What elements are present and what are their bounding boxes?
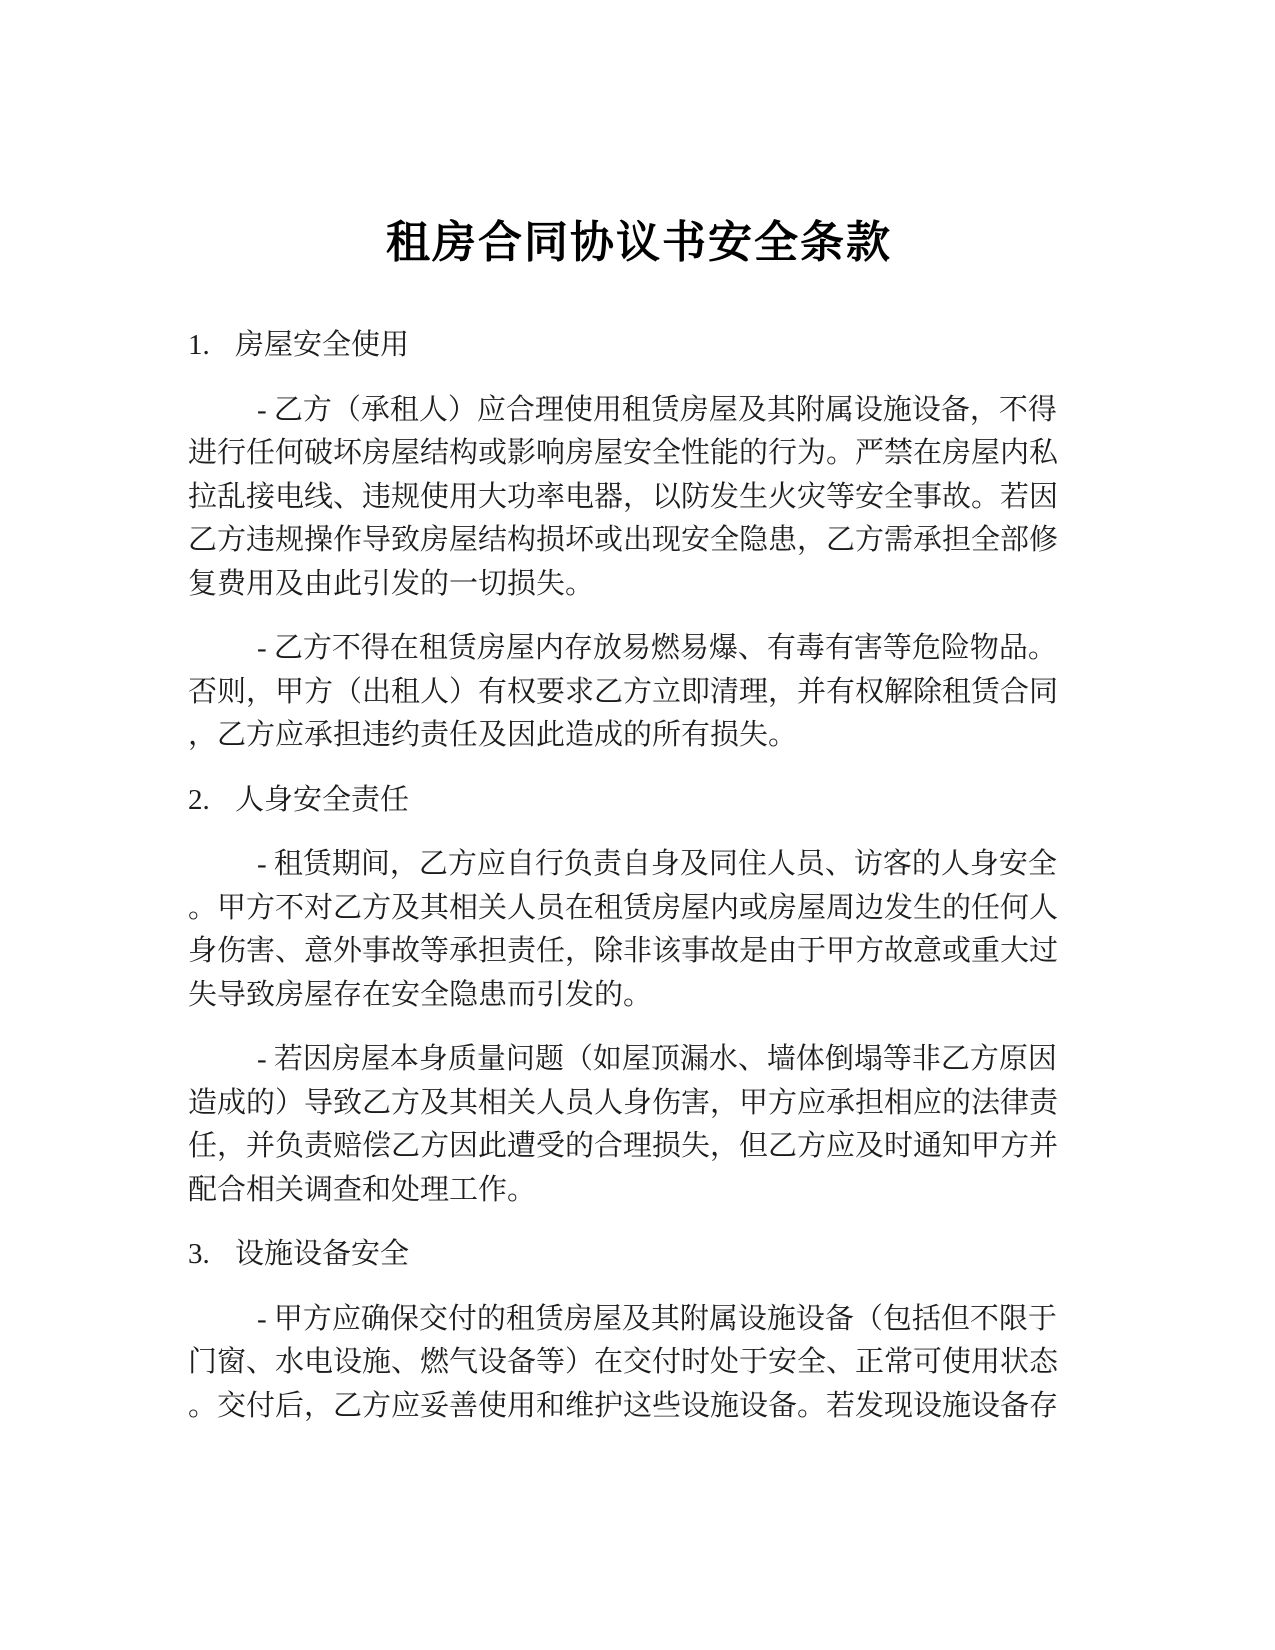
paragraph: - 若因房屋本身质量问题（如屋顶漏水、墙体倒塌等非乙方原因 造成的）导致乙方及其… bbox=[188, 1038, 1090, 1212]
text-line: 否则，甲方（出租人）有权要求乙方立即清理，并有权解除租赁合同 bbox=[188, 671, 1090, 715]
text-line: 拉乱接电线、违规使用大功率电器，以防发生火灾等安全事故。若因 bbox=[188, 476, 1090, 520]
paragraph: - 乙方不得在租赁房屋内存放易燃易爆、有毒有害等危险物品。 否则，甲方（出租人）… bbox=[188, 627, 1090, 758]
text-line: 进行任何破坏房屋结构或影响房屋安全性能的行为。严禁在房屋内私 bbox=[188, 432, 1090, 476]
text-line: 任，并负责赔偿乙方因此遭受的合理损失，但乙方应及时通知甲方并 bbox=[188, 1125, 1090, 1169]
text-line: - 乙方不得在租赁房屋内存放易燃易爆、有毒有害等危险物品。 bbox=[188, 627, 1090, 671]
text-line: 复费用及由此引发的一切损失。 bbox=[188, 563, 1090, 607]
text-line: 门窗、水电设施、燃气设备等）在交付时处于安全、正常可使用状态 bbox=[188, 1341, 1090, 1385]
section-1-heading: 1.房屋安全使用 bbox=[188, 324, 1090, 368]
text-line: 。甲方不对乙方及其相关人员在租赁房屋内或房屋周边发生的任何人 bbox=[188, 887, 1090, 931]
section-1-heading-text: 房屋安全使用 bbox=[235, 329, 409, 361]
section-equipment-safety: 3.设施设备安全 - 甲方应确保交付的租赁房屋及其附属设施设备（包括但不限于 门… bbox=[188, 1233, 1090, 1428]
paragraph: - 甲方应确保交付的租赁房屋及其附属设施设备（包括但不限于 门窗、水电设施、燃气… bbox=[188, 1298, 1090, 1429]
section-2-heading: 2.人身安全责任 bbox=[188, 779, 1090, 823]
section-personal-safety: 2.人身安全责任 - 租赁期间，乙方应自行负责自身及同住人员、访客的人身安全 。… bbox=[188, 779, 1090, 1213]
text-line: 造成的）导致乙方及其相关人员人身伤害，甲方应承担相应的法律责 bbox=[188, 1082, 1090, 1126]
text-line: ，乙方应承担违约责任及因此造成的所有损失。 bbox=[188, 714, 1090, 758]
section-housing-safety: 1.房屋安全使用 - 乙方（承租人）应合理使用租赁房屋及其附属设施设备，不得 进… bbox=[188, 324, 1090, 758]
document-title: 租房合同协议书安全条款 bbox=[188, 210, 1090, 276]
text-line: 身伤害、意外事故等承担责任，除非该事故是由于甲方故意或重大过 bbox=[188, 930, 1090, 974]
section-3-heading: 3.设施设备安全 bbox=[188, 1233, 1090, 1277]
text-line: 配合相关调查和处理工作。 bbox=[188, 1169, 1090, 1213]
section-2-heading-text: 人身安全责任 bbox=[235, 784, 409, 816]
text-line: 失导致房屋存在安全隐患而引发的。 bbox=[188, 974, 1090, 1018]
document-page: 租房合同协议书安全条款 1.房屋安全使用 - 乙方（承租人）应合理使用租赁房屋及… bbox=[0, 0, 1275, 1650]
text-line: 乙方违规操作导致房屋结构损坏或出现安全隐患，乙方需承担全部修 bbox=[188, 519, 1090, 563]
text-line: - 乙方（承租人）应合理使用租赁房屋及其附属设施设备，不得 bbox=[188, 389, 1090, 433]
paragraph: - 乙方（承租人）应合理使用租赁房屋及其附属设施设备，不得 进行任何破坏房屋结构… bbox=[188, 389, 1090, 607]
section-2-number: 2. bbox=[188, 779, 235, 823]
text-line: - 租赁期间，乙方应自行负责自身及同住人员、访客的人身安全 bbox=[188, 843, 1090, 887]
section-3-number: 3. bbox=[188, 1233, 235, 1277]
text-line: 。交付后，乙方应妥善使用和维护这些设施设备。若发现设施设备存 bbox=[188, 1385, 1090, 1429]
section-1-number: 1. bbox=[188, 324, 235, 368]
text-line: - 甲方应确保交付的租赁房屋及其附属设施设备（包括但不限于 bbox=[188, 1298, 1090, 1342]
text-line: - 若因房屋本身质量问题（如屋顶漏水、墙体倒塌等非乙方原因 bbox=[188, 1038, 1090, 1082]
section-3-heading-text: 设施设备安全 bbox=[235, 1238, 409, 1270]
paragraph: - 租赁期间，乙方应自行负责自身及同住人员、访客的人身安全 。甲方不对乙方及其相… bbox=[188, 843, 1090, 1017]
